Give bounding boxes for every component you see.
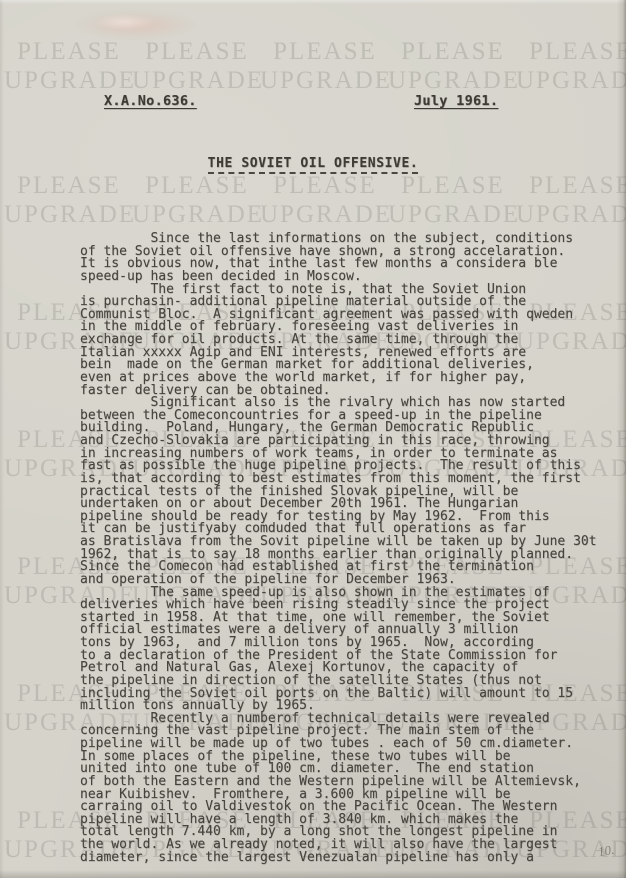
document-body-text: Since the last informations on the subje…: [80, 233, 597, 864]
watermark-tile: PLEASEUPGRADE: [388, 38, 518, 95]
page-number: 10.: [597, 842, 616, 861]
document-title: THE SOVIET OIL OFFENSIVE.: [208, 156, 419, 174]
watermark-word-upgrade: UPGRADE: [260, 67, 390, 96]
watermark-word-upgrade: UPGRADE: [132, 67, 262, 96]
watermark-word-upgrade: UPGRADE: [388, 201, 518, 230]
watermark-word-please: PLEASE: [260, 172, 390, 201]
watermark-word-upgrade: UPGRADE: [516, 67, 626, 96]
watermark-tile: PLEASEUPGRADE: [4, 38, 134, 95]
watermark-tile: PLEASEUPGRADE: [4, 172, 134, 229]
watermark-word-upgrade: UPGRADE: [516, 201, 626, 230]
watermark-word-upgrade: UPGRADE: [260, 201, 390, 230]
watermark-tile: PLEASEUPGRADE: [516, 172, 626, 229]
watermark-word-please: PLEASE: [388, 38, 518, 67]
stain-highlight: [95, 14, 155, 30]
watermark-word-please: PLEASE: [132, 172, 262, 201]
watermark-tile: PLEASEUPGRADE: [388, 172, 518, 229]
watermark-word-please: PLEASE: [4, 172, 134, 201]
watermark-word-upgrade: UPGRADE: [4, 67, 134, 96]
watermark-word-upgrade: UPGRADE: [4, 201, 134, 230]
reference-number: X.A.No.636.: [104, 93, 197, 109]
watermark-tile: PLEASEUPGRADE: [516, 38, 626, 95]
document-title-row: THE SOVIET OIL OFFENSIVE.: [0, 152, 626, 174]
watermark-tile: PLEASEUPGRADE: [260, 172, 390, 229]
watermark-tile: PLEASEUPGRADE: [132, 38, 262, 95]
document-date: July 1961.: [414, 93, 498, 109]
watermark-word-please: PLEASE: [260, 38, 390, 67]
watermark-word-upgrade: UPGRADE: [388, 67, 518, 96]
watermark-tile: PLEASEUPGRADE: [132, 172, 262, 229]
watermark-word-upgrade: UPGRADE: [132, 201, 262, 230]
watermark-word-please: PLEASE: [388, 172, 518, 201]
watermark-word-please: PLEASE: [516, 38, 626, 67]
scanned-document-page: X.A.No.636. July 1961. THE SOVIET OIL OF…: [0, 0, 626, 878]
watermark-word-please: PLEASE: [516, 172, 626, 201]
watermark-tile: PLEASEUPGRADE: [260, 38, 390, 95]
